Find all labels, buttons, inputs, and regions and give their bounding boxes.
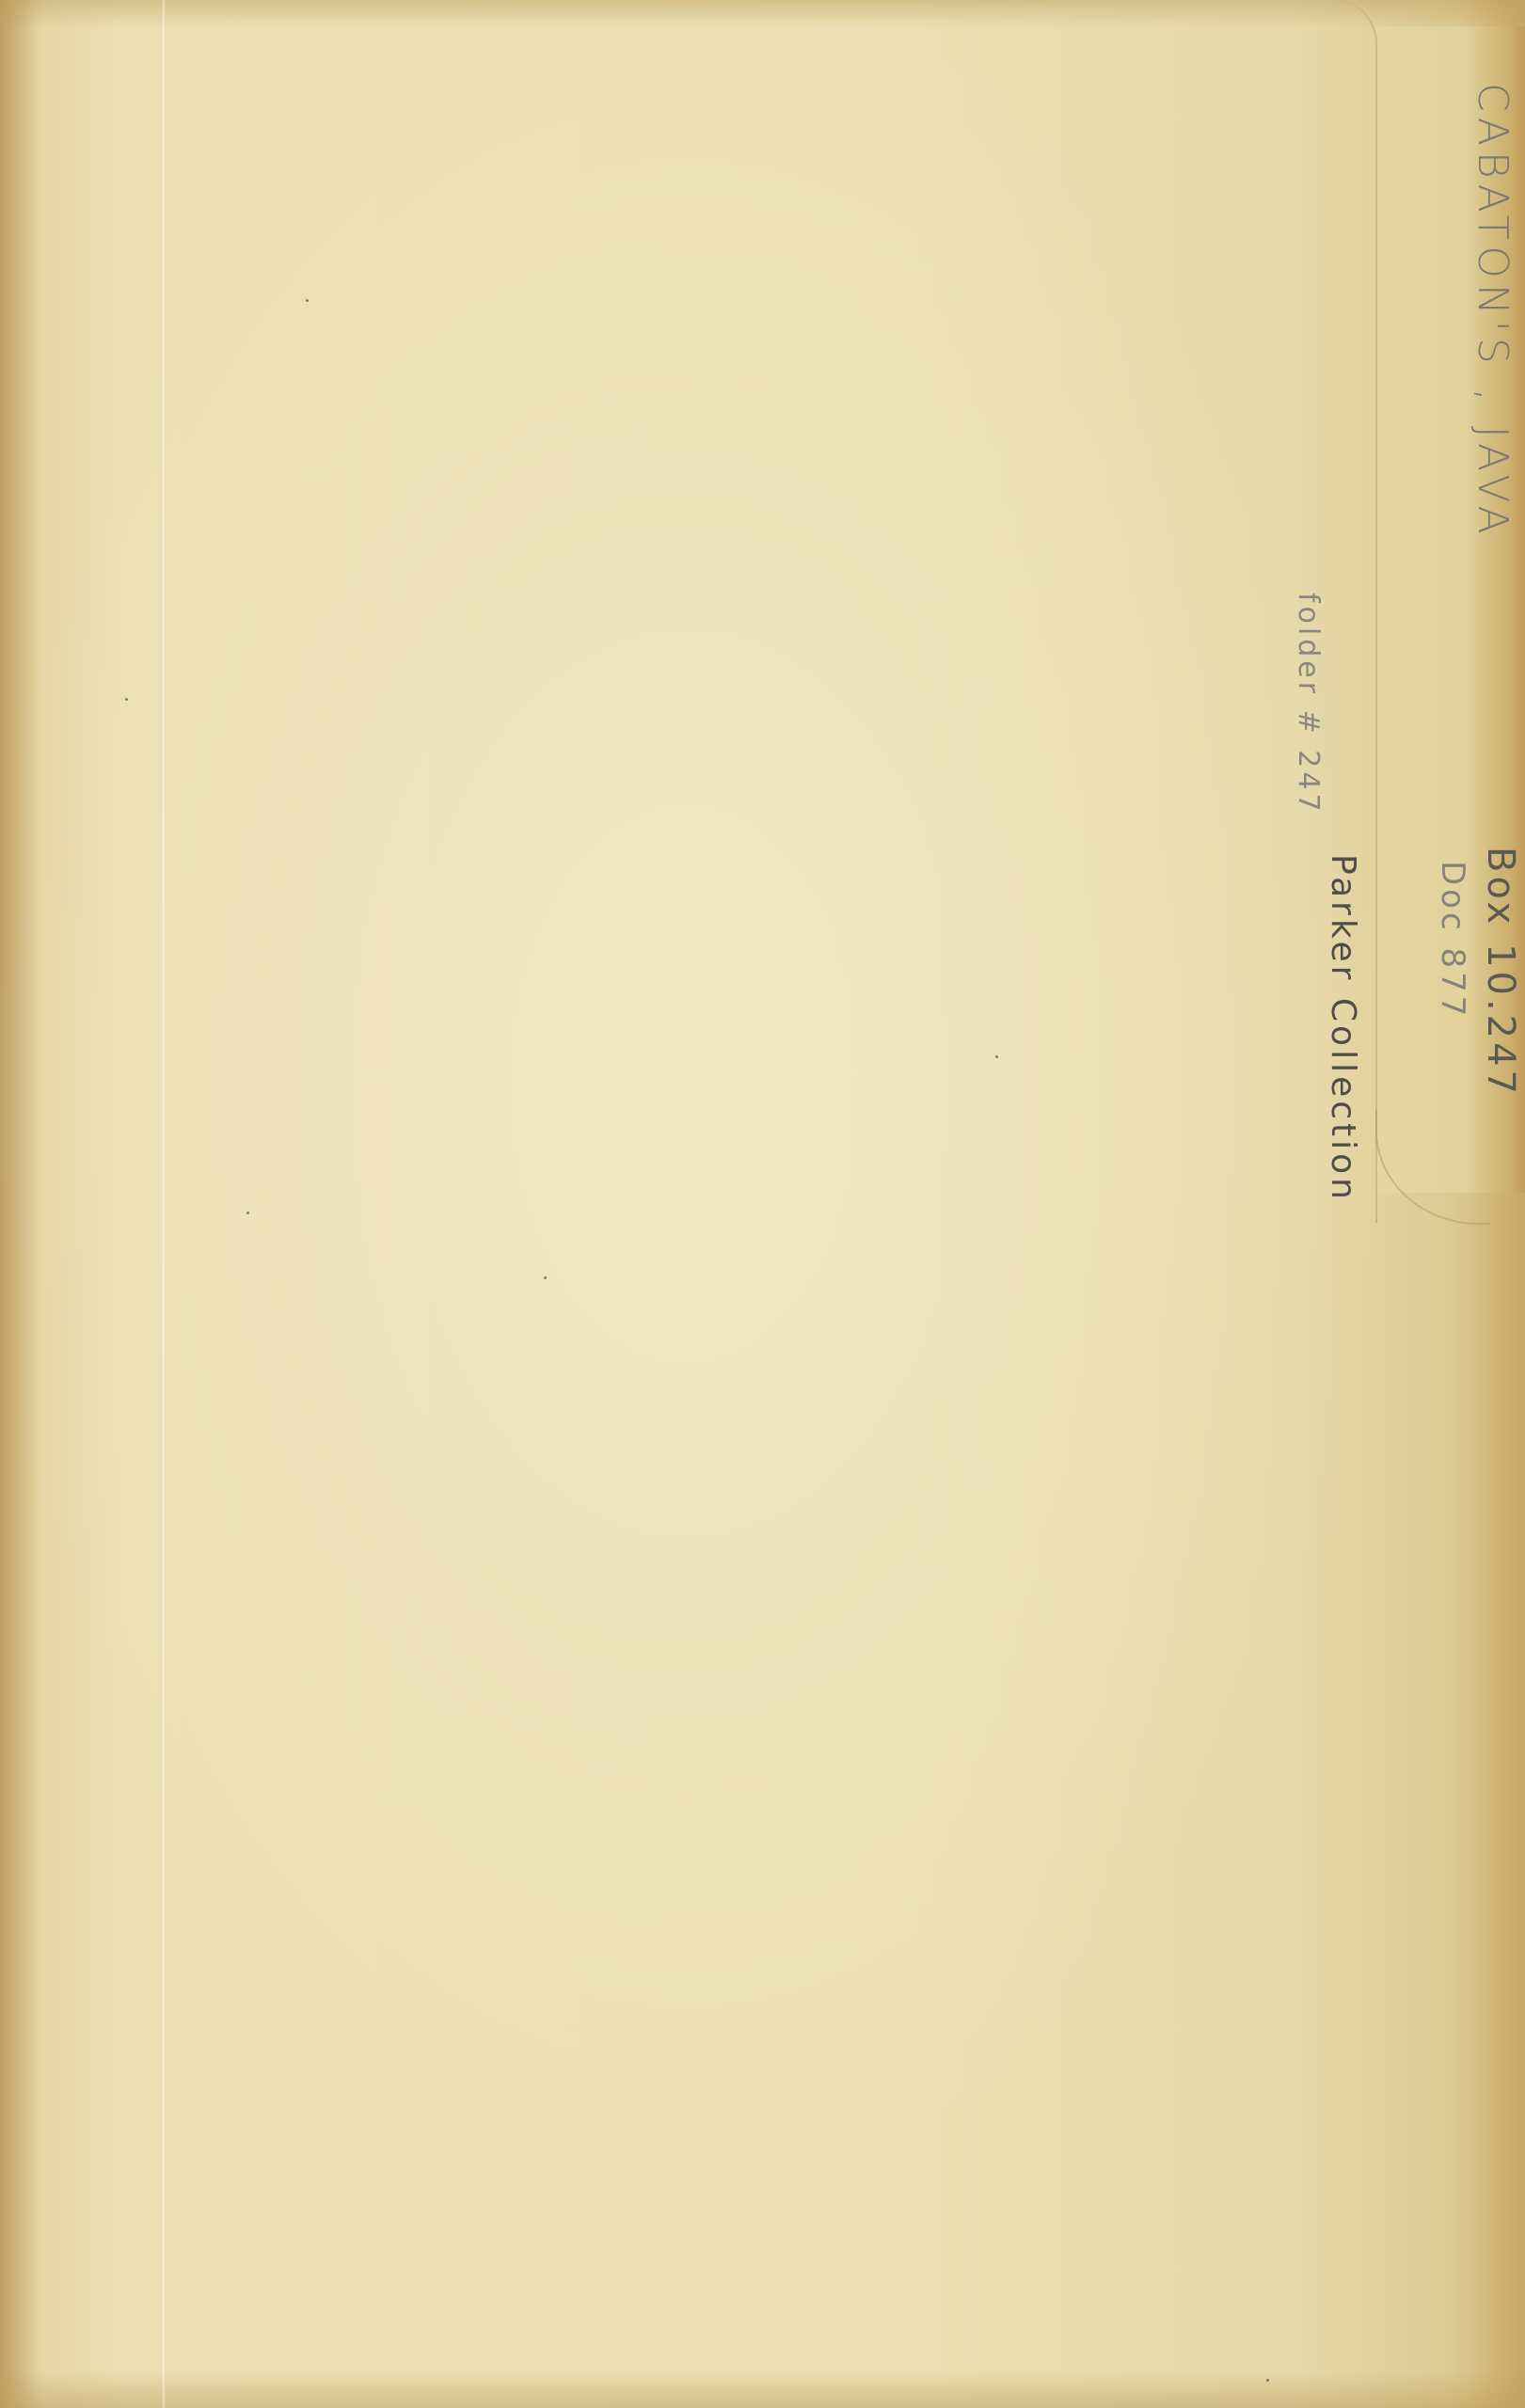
paper-speck xyxy=(544,1276,547,1279)
doc-number-annotation: Doc 877 xyxy=(1434,861,1471,1020)
top-edge-shadow xyxy=(0,0,1525,28)
paper-speck xyxy=(125,698,128,701)
paper-speck xyxy=(995,1055,998,1058)
score-fold-line xyxy=(162,0,166,2408)
folder-cover: CABATON'S , JAVA Box 10.247 Doc 877 Park… xyxy=(0,0,1525,2408)
paper-speck xyxy=(306,299,309,302)
box-number-annotation: Box 10.247 xyxy=(1479,847,1522,1098)
left-edge-shadow xyxy=(0,0,38,2408)
front-panel-edge xyxy=(0,0,1377,1223)
collection-annotation: Parker Collection xyxy=(1324,854,1362,1203)
tab-label-text: CABATON'S , JAVA xyxy=(1469,83,1517,540)
paper-speck xyxy=(1266,2379,1269,2382)
folder-number-annotation: folder # 247 xyxy=(1292,593,1325,816)
bottom-edge-shadow xyxy=(0,2370,1525,2408)
paper-speck xyxy=(246,1212,249,1214)
